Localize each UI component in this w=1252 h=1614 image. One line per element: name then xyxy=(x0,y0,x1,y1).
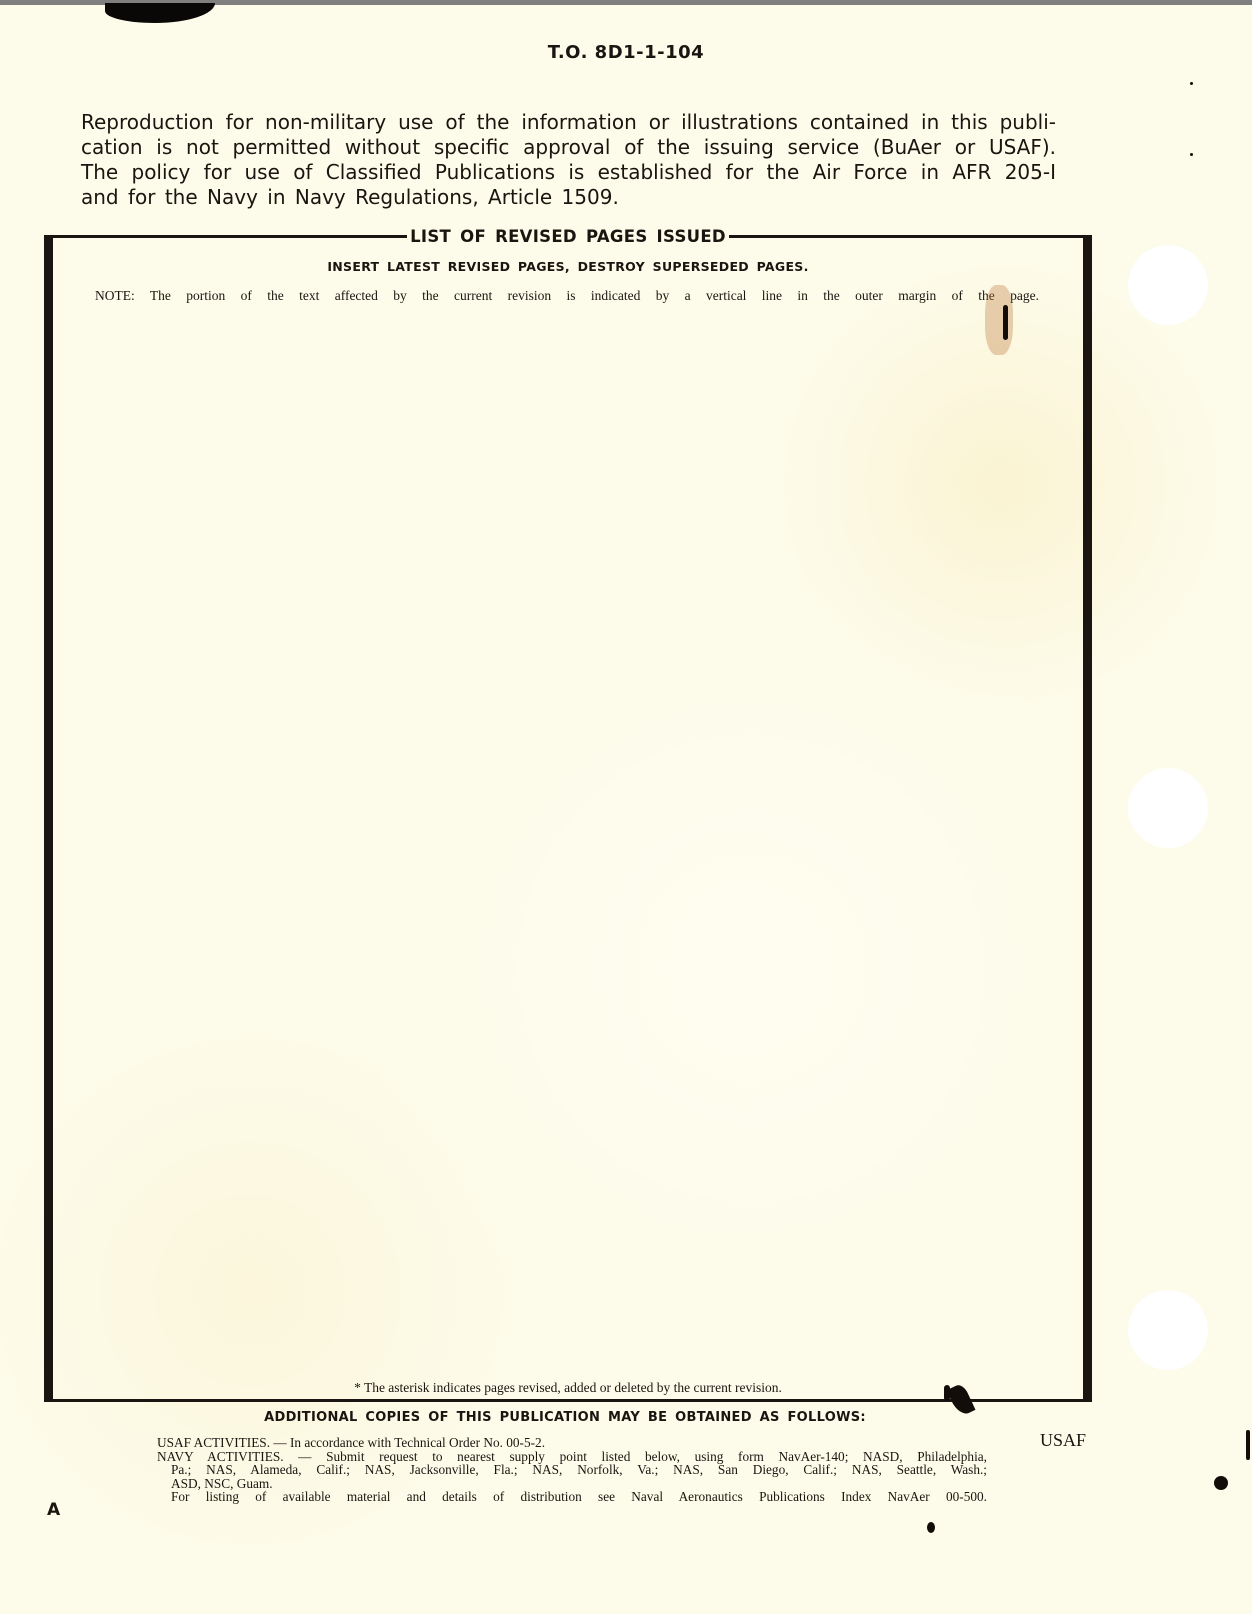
notice-line: cation is not permitted without specific… xyxy=(81,135,1056,160)
navy-activities-line: NAVY ACTIVITIES. — Submit request to nea… xyxy=(157,1450,987,1464)
navy-locations-line: Pa.; NAS, Alameda, Calif.; NAS, Jacksonv… xyxy=(157,1463,987,1477)
ink-stain xyxy=(1246,1430,1250,1460)
ink-stain xyxy=(1214,1476,1228,1490)
usaf-activities-line: USAF ACTIVITIES. — In accordance with Te… xyxy=(157,1436,987,1450)
page-letter: A xyxy=(47,1500,60,1520)
ink-stain xyxy=(1190,82,1193,85)
notice-line: Reproduction for non-military use of the… xyxy=(81,110,1056,135)
navy-locations-line: ASD, NSC, Guam. xyxy=(157,1477,987,1491)
ink-blot xyxy=(105,3,215,23)
revised-pages-box: INSERT LATEST REVISED PAGES, DESTROY SUP… xyxy=(44,236,1092,1402)
listing-reference-line: For listing of available material and de… xyxy=(157,1490,987,1504)
punch-hole-bottom xyxy=(1128,1290,1208,1370)
notice-line: and for the Navy in Navy Regulations, Ar… xyxy=(81,185,1056,210)
notice-line: The policy for use of Classified Publica… xyxy=(81,160,1056,185)
service-mark: USAF xyxy=(1040,1430,1086,1451)
technical-order-number: T.O. 8D1-1-104 xyxy=(0,42,1252,63)
distribution-info: USAF ACTIVITIES. — In accordance with Te… xyxy=(157,1436,987,1504)
revision-note: NOTE: The portion of the text affected b… xyxy=(95,288,1039,304)
ink-stain xyxy=(1190,153,1193,156)
punch-hole-middle xyxy=(1128,768,1208,848)
insert-instruction: INSERT LATEST REVISED PAGES, DESTROY SUP… xyxy=(53,259,1083,274)
burn-mark xyxy=(985,285,1013,355)
additional-copies-title: ADDITIONAL COPIES OF THIS PUBLICATION MA… xyxy=(0,1410,1130,1425)
ink-stain xyxy=(1003,305,1008,340)
punch-hole-top xyxy=(1128,245,1208,325)
ink-stain xyxy=(927,1522,935,1533)
reproduction-notice: Reproduction for non-military use of the… xyxy=(81,110,1056,210)
asterisk-note: * The asterisk indicates pages revised, … xyxy=(53,1380,1083,1396)
